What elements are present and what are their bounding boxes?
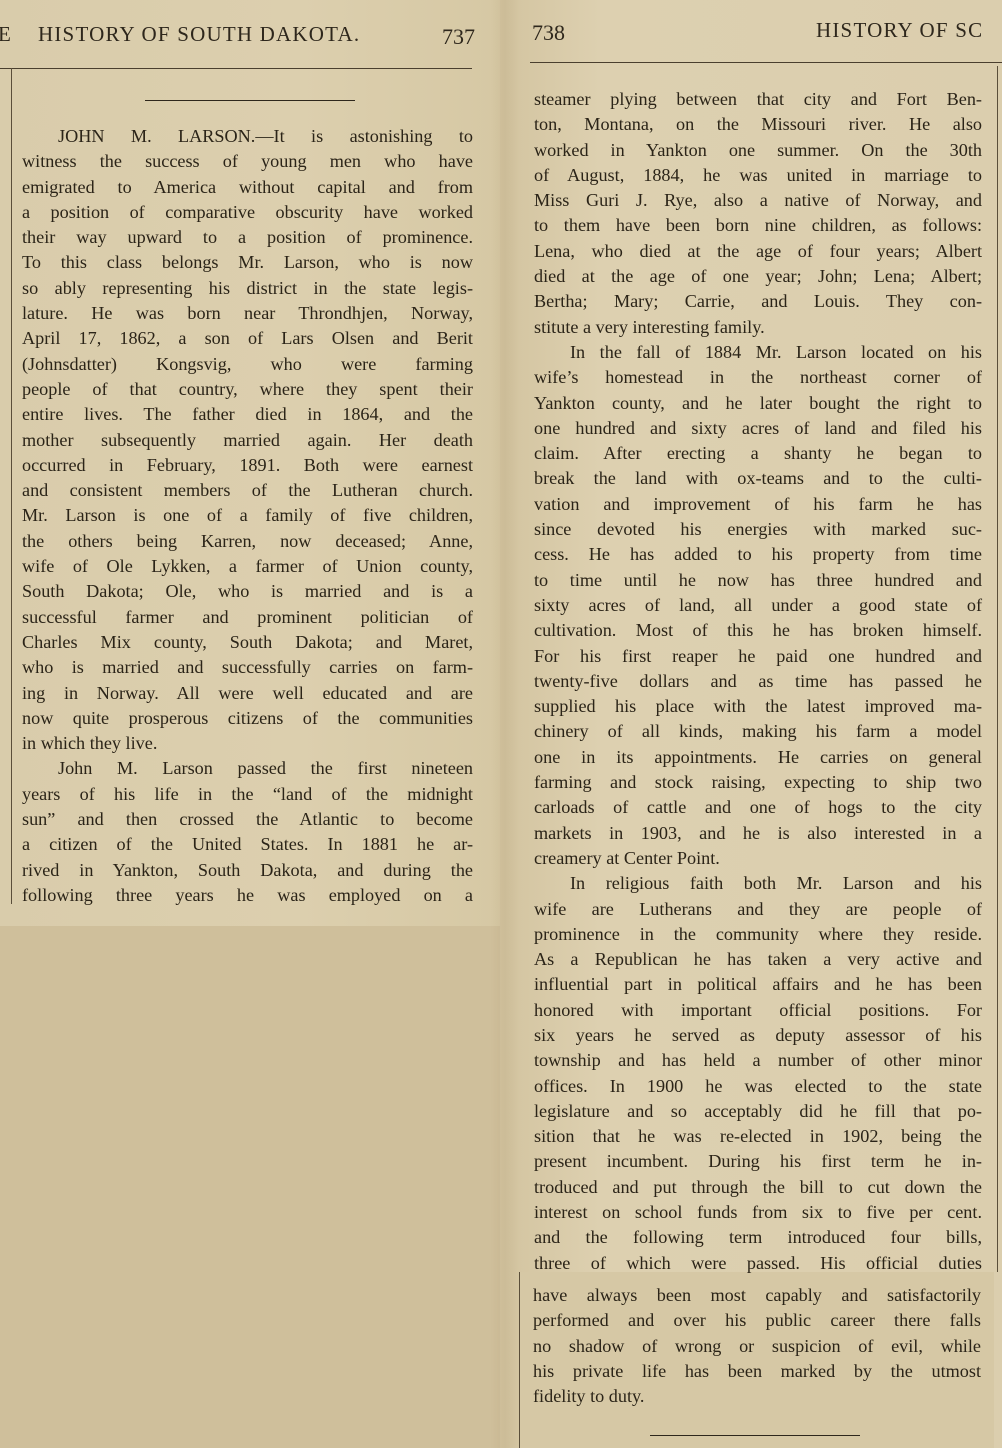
text-line: sition that he was re-elected in 1902, b… [534,1124,982,1149]
text-line: who is married and successfully carries … [22,655,473,680]
text-line: to them have been born nine children, as… [534,213,982,238]
text-line: following three years he was employed on… [22,883,473,908]
text-line: wife’s homestead in the northeast corner… [534,365,982,390]
text-line: For his first reaper he paid one hundred… [534,644,982,669]
left-section-divider [145,100,355,101]
text-line: and consistent members of the Lutheran c… [22,478,473,503]
text-line: sixty acres of land, all under a good st… [534,593,982,618]
text-line: so ably representing his district in the… [22,276,473,301]
text-line: wife of Ole Lykken, a farmer of Union co… [22,554,473,579]
right-column-rule [997,66,998,1272]
text-line: prominence in the community where they r… [534,922,982,947]
text-line: since devoted his energies with marked s… [534,517,982,542]
text-line: occurred in February, 1891. Both were ea… [22,453,473,478]
text-line: twenty-five dollars and as time has pass… [534,669,982,694]
text-line: break the land with ox-teams and to the … [534,466,982,491]
text-line: Bertha; Mary; Carrie, and Louis. They co… [534,289,982,314]
text-line: worked in Yankton one summer. On the 30t… [534,138,982,163]
text-line: Miss Guri J. Rye, also a native of Norwa… [534,188,982,213]
text-line: three of which were passed. His official… [534,1251,982,1276]
text-line: township and has held a number of other … [534,1048,982,1073]
text-line: of August, 1884, he was united in marria… [534,163,982,188]
text-line: in which they live. [22,731,473,756]
text-line: performed and over his public career the… [533,1308,981,1333]
text-line: markets in 1903, and he is also interest… [534,821,982,846]
text-line: have always been most capably and satisf… [533,1283,981,1308]
text-line: To this class belongs Mr. Larson, who is… [22,250,473,275]
text-line: the others being Karren, now deceased; A… [22,529,473,554]
left-running-head: HISTORY OF SOUTH DAKOTA. [38,22,360,47]
book-gutter [490,0,520,1448]
text-line: (Johnsdatter) Kongsvig, who were farming [22,352,473,377]
text-line: now quite prosperous citizens of the com… [22,706,473,731]
text-line: vation and improvement of his farm he ha… [534,492,982,517]
text-line: April 17, 1862, a son of Lars Olsen and … [22,326,473,351]
text-line: mother subsequently married again. Her d… [22,428,473,453]
right-text-column: steamer plying between that city and For… [534,87,982,1276]
text-line: rived in Yankton, South Dakota, and duri… [22,858,473,883]
left-edge-fragment: E [0,22,12,47]
text-line: wife are Lutherans and they are people o… [534,897,982,922]
text-line: farming and stock raising, expecting to … [534,770,982,795]
text-line: interest on school funds from six to fiv… [534,1200,982,1225]
blank-region [0,926,510,1448]
text-line: ton, Montana, on the Missouri river. He … [534,112,982,137]
text-line: chinery of all kinds, making his farm a … [534,719,982,744]
left-column-rule [11,68,12,904]
right-header-rule [530,62,1002,63]
text-line: emigrated to America without capital and… [22,175,473,200]
text-line: a citizen of the United States. In 1881 … [22,832,473,857]
right-continuation-column: have always been most capably and satisf… [533,1283,981,1409]
text-line: one in its appointments. He carries on g… [534,745,982,770]
text-line: sun” and then crossed the Atlantic to be… [22,807,473,832]
text-line: one hundred and sixty acres of land and … [534,416,982,441]
text-line: Yankton county, and he later bought the … [534,391,982,416]
text-line: a position of comparative obscurity have… [22,200,473,225]
text-line: Mr. Larson is one of a family of five ch… [22,503,473,528]
right-running-head: HISTORY OF SC [816,18,983,43]
text-line: his private life has been marked by the … [533,1359,981,1384]
text-line: to time until he now has three hundred a… [534,568,982,593]
text-line: Lena, who died at the age of four years;… [534,239,982,264]
text-line: fidelity to duty. [533,1384,981,1409]
left-page-number: 737 [442,24,475,50]
text-line: honored with important official position… [534,998,982,1023]
text-line: legislature and so acceptably did he fil… [534,1099,982,1124]
text-line: John M. Larson passed the first nineteen [22,756,473,781]
text-line: present incumbent. During his first term… [534,1149,982,1174]
text-line: steamer plying between that city and For… [534,87,982,112]
text-line: As a Republican he has taken a very acti… [534,947,982,972]
text-line: years of his life in the “land of the mi… [22,782,473,807]
text-line: cess. He has added to his property from … [534,542,982,567]
text-line: lature. He was born near Throndhjen, Nor… [22,301,473,326]
text-line: supplied his place with the latest impro… [534,694,982,719]
text-line: died at the age of one year; John; Lena;… [534,264,982,289]
text-line: offices. In 1900 he was elected to the s… [534,1074,982,1099]
text-line: influential part in political affairs an… [534,972,982,997]
text-line: their way upward to a position of promin… [22,225,473,250]
left-header-rule [0,68,472,69]
continuation-left-rule [519,1272,520,1448]
text-line: and the following term introduced four b… [534,1225,982,1250]
right-page-number: 738 [532,20,565,46]
left-text-column: JOHN M. LARSON.—It is astonishing towitn… [22,124,473,908]
text-line: people of that country, where they spent… [22,377,473,402]
text-line: JOHN M. LARSON.—It is astonishing to [22,124,473,149]
text-line: witness the success of young men who hav… [22,149,473,174]
text-line: Charles Mix county, South Dakota; and Ma… [22,630,473,655]
right-section-divider [650,1435,860,1436]
text-line: carloads of cattle and one of hogs to th… [534,795,982,820]
text-line: South Dakota; Ole, who is married and is… [22,579,473,604]
text-line: successful farmer and prominent politici… [22,605,473,630]
text-line: cultivation. Most of this he has broken … [534,618,982,643]
text-line: troduced and put through the bill to cut… [534,1175,982,1200]
text-line: claim. After erecting a shanty he began … [534,441,982,466]
text-line: six years he served as deputy assessor o… [534,1023,982,1048]
text-line: no shadow of wrong or suspicion of evil,… [533,1334,981,1359]
text-line: In religious faith both Mr. Larson and h… [534,871,982,896]
text-line: ing in Norway. All were well educated an… [22,681,473,706]
text-line: In the fall of 1884 Mr. Larson located o… [534,340,982,365]
text-line: entire lives. The father died in 1864, a… [22,402,473,427]
text-line: stitute a very interesting family. [534,315,982,340]
text-line: creamery at Center Point. [534,846,982,871]
